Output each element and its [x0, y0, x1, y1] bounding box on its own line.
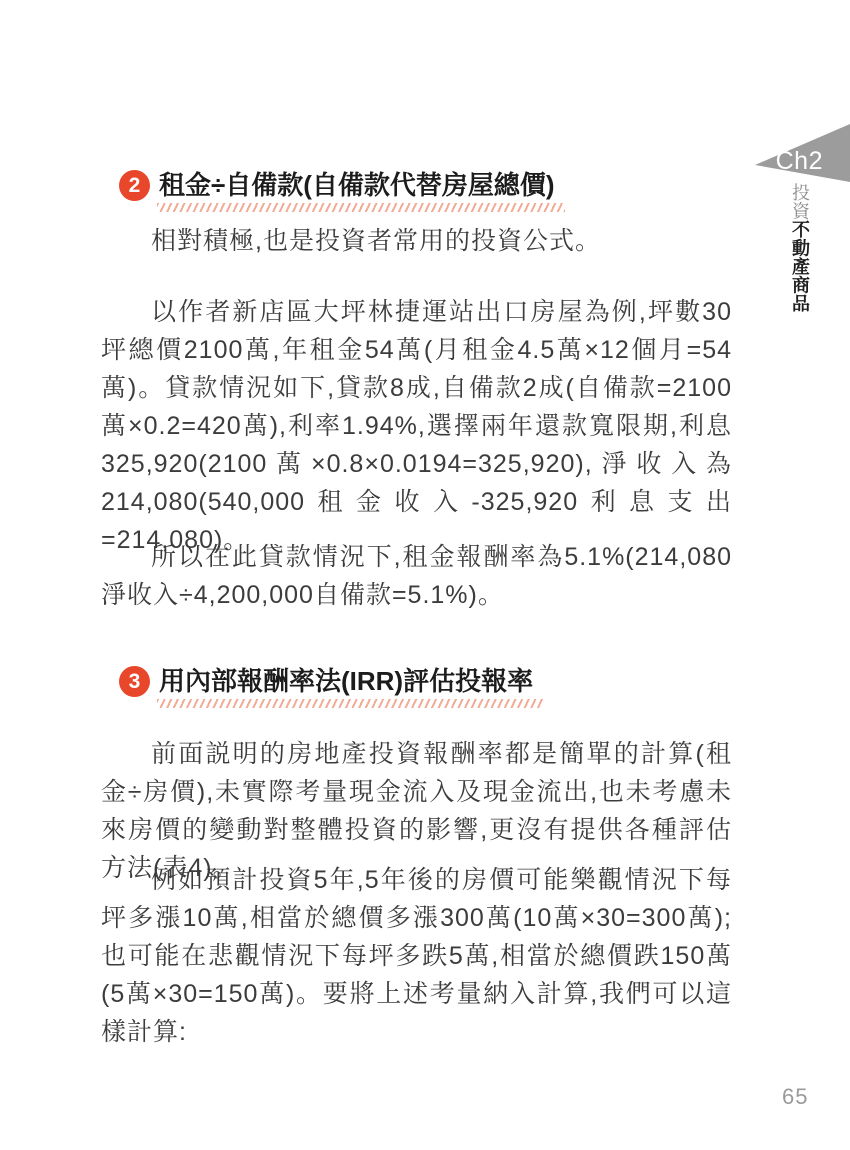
paragraph-example: 以作者新店區大坪林捷運站出口房屋為例,坪數30坪總價2100萬,年租金54萬(月… [101, 293, 732, 559]
section-heading-text-3: 用內部報酬率法(IRR)評估投報率 [157, 666, 535, 697]
section-number-badge-3: 3 [119, 666, 150, 697]
section-heading-2: 2 租金÷自備款(自備款代替房屋總價) [119, 170, 557, 201]
section-heading-text-2: 租金÷自備款(自備款代替房屋總價) [157, 170, 557, 201]
page-number: 65 [782, 1084, 808, 1110]
paragraph-intro: 相對積極,也是投資者常用的投資公式。 [101, 222, 732, 260]
chapter-label: Ch2 [776, 149, 823, 174]
book-page: Ch2 投資不動產商品 2 租金÷自備款(自備款代替房屋總價) 相對積極,也是投… [0, 0, 850, 1150]
heading-underline-hatch [157, 699, 543, 708]
section-heading-3: 3 用內部報酬率法(IRR)評估投報率 [119, 666, 535, 697]
chapter-title-main: 不動產商品 [790, 220, 810, 313]
section-heading-label-3: 用內部報酬率法(IRR)評估投報率 [159, 666, 533, 696]
chapter-title-prefix: 投資 [790, 183, 810, 220]
section-heading-label-2: 租金÷自備款(自備款代替房屋總價) [159, 170, 555, 200]
paragraph-irr-example: 例如預計投資5年,5年後的房價可能樂觀情況下每坪多漲10萬,相當於總價多漲300… [101, 861, 732, 1051]
paragraph-conclusion: 所以在此貸款情況下,租金報酬率為5.1%(214,080淨收入÷4,200,00… [101, 538, 732, 614]
heading-underline-hatch [157, 203, 565, 212]
chapter-tab: Ch2 [755, 124, 850, 182]
section-number-badge-2: 2 [119, 170, 150, 201]
chapter-title-vertical: 投資不動產商品 [788, 183, 812, 313]
